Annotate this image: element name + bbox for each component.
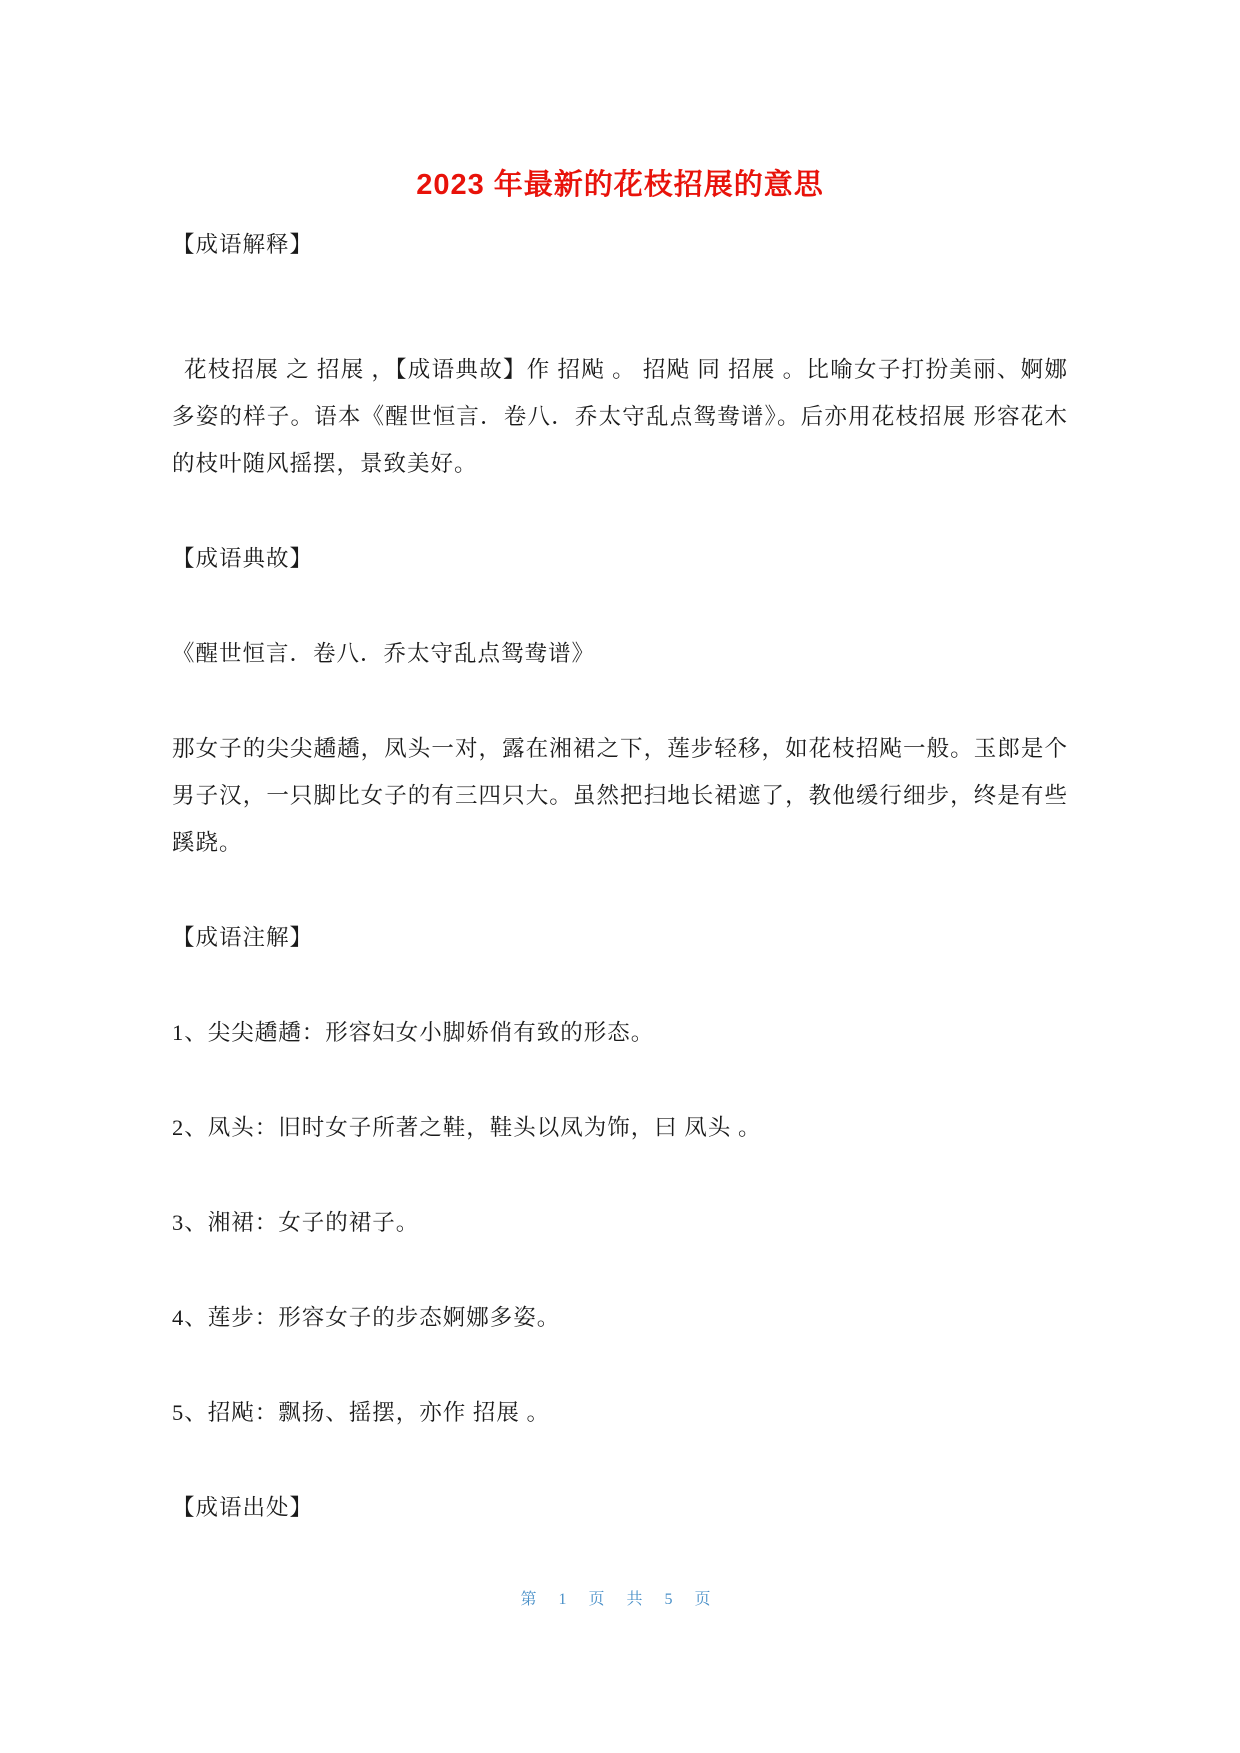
section-heading-allusion: 【成语典故】 <box>172 535 1068 582</box>
section-heading-explanation: 【成语解释】 <box>172 221 1068 268</box>
paragraph-source-title: 《醒世恒言．卷八．乔太守乱点鸳鸯谱》 <box>172 630 1068 677</box>
annotation-item-5: 5、招飐：飘扬、摇摆，亦作 招展 。 <box>172 1389 1068 1436</box>
document-page: 2023 年最新的花枝招展的意思 【成语解释】 花枝招展 之 招展 ，【成语典故… <box>0 0 1240 1753</box>
annotation-item-1: 1、尖尖趫趫：形容妇女小脚娇俏有致的形态。 <box>172 1009 1068 1056</box>
annotation-item-4: 4、莲步：形容女子的步态婀娜多姿。 <box>172 1294 1068 1341</box>
paragraph-allusion-quote: 那女子的尖尖趫趫，凤头一对，露在湘裙之下，莲步轻移，如花枝招飐一般。玉郎是个男子… <box>172 725 1068 866</box>
annotation-item-2: 2、凤头：旧时女子所著之鞋，鞋头以凤为饰，曰 凤头 。 <box>172 1104 1068 1151</box>
annotation-item-3: 3、湘裙：女子的裙子。 <box>172 1199 1068 1246</box>
section-heading-annotations: 【成语注解】 <box>172 914 1068 961</box>
page-title: 2023 年最新的花枝招展的意思 <box>172 165 1068 205</box>
page-footer: 第 1 页 共 5 页 <box>0 1586 1240 1609</box>
paragraph-explanation: 花枝招展 之 招展 ，【成语典故】作 招飐 。 招飐 同 招展 。比喻女子打扮美… <box>172 346 1068 487</box>
section-heading-origin: 【成语出处】 <box>172 1484 1068 1531</box>
